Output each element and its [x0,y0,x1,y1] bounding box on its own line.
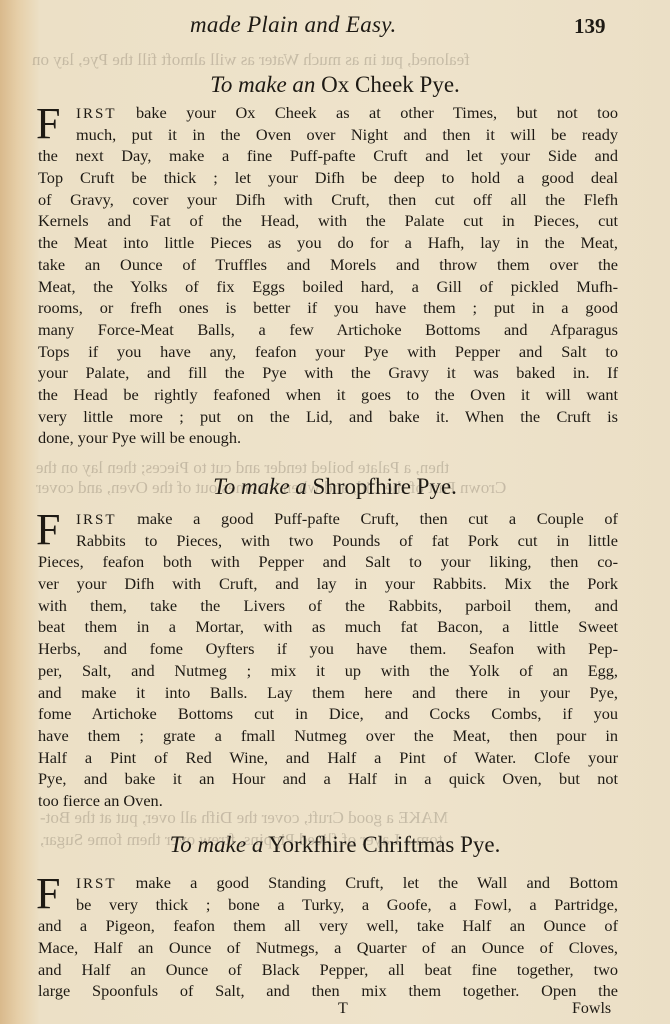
recipe-title-yorkshire: To make a Yorkfhire Chriftmas Pye. [0,832,670,858]
text-line: IRST make a good Standing Cruft, let the… [38,872,618,894]
text-line: Tops if you have any, feafon your Pye wi… [38,341,618,363]
text-line: Mace, Half an Ounce of Nutmegs, a Quarte… [38,937,618,959]
drop-cap: F [36,104,60,144]
text-line: the Meat into little Pieces as you do fo… [38,232,618,254]
text-line: be very thick ; bone a Turky, a Goofe, a… [38,894,618,916]
title-italic: To make an [210,72,315,97]
recipe-title-shropshire: To make a Shropfhire Pye. [0,474,670,500]
page-number: 139 [574,14,606,39]
signature-mark: T [338,1000,348,1018]
lead-smallcaps: IRST [76,106,117,122]
title-roman: Ox Cheek Pye. [321,72,460,97]
text-line: and a Pigeon, feafon them all very well,… [38,915,618,937]
text-line: the Head be rightly feafoned when it goe… [38,384,618,406]
text-line: Half a Pint of Red Wine, and Half a Pint… [38,747,618,769]
text-line: Meat, the Yolks of fix Eggs boiled hard,… [38,276,618,298]
text-line: very little more ; put on the Lid, and b… [38,406,618,428]
recipe-body-ox-cheek: F IRST bake your Ox Cheek as at other Ti… [38,102,618,449]
text-line: per, Salt, and Nutmeg ; mix it up with t… [38,660,618,682]
text-line: beat them in a Mortar, with as much fat … [38,616,618,638]
book-page: made Plain and Easy. 139 fealoned, put i… [0,0,670,1024]
bleed-through-text: fealoned, put in as much Water as will a… [32,50,470,70]
text-line: rooms, or frefh ones is better if you ha… [38,297,618,319]
text-line: your Palate, and fill the Pye with the G… [38,362,618,384]
lead-smallcaps: IRST [76,512,117,528]
text-line: large Spoonfuls of Salt, and then mix th… [38,980,618,1002]
recipe-title-ox-cheek: To make an Ox Cheek Pye. [0,72,670,98]
text-line: IRST make a good Puff-pafte Cruft, then … [38,508,618,530]
text-line: ver your Difh with Cruft, and lay in you… [38,573,618,595]
text-span: make a good Standing Cruft, let the Wall… [136,873,618,892]
text-line: done, your Pye will be enough. [38,427,618,449]
title-italic: To make a [213,474,307,499]
text-line: Herbs, and fome Oyfters if you have them… [38,638,618,660]
text-line: Top Cruft be thick ; let your Difh be de… [38,167,618,189]
lead-smallcaps: IRST [76,876,117,892]
text-line: and Half an Ounce of Black Pepper, all b… [38,959,618,981]
text-line: Kernels and Fat of the Head, with the Pa… [38,210,618,232]
text-line: Pye, and bake it an Hour and a Half in a… [38,768,618,790]
text-line: with them, take the Livers of the Rabbit… [38,595,618,617]
text-line: of Gravy, cover your Difh with Cruft, th… [38,189,618,211]
title-roman: Yorkfhire Chriftmas Pye. [268,832,500,857]
text-line: much, put it in the Oven over Night and … [38,124,618,146]
text-span: bake your Ox Cheek as at other Times, bu… [136,103,618,122]
text-line: too fierce an Oven. [38,790,618,812]
text-line: fome Artichoke Bottoms cut in Dice, and … [38,703,618,725]
text-line: have them ; grate a fmall Nutmeg over th… [38,725,618,747]
text-line: Pieces, feafon both with Pepper and Salt… [38,551,618,573]
text-line: take an Ounce of Truffles and Morels and… [38,254,618,276]
text-line: the next Day, make a fine Puff-pafte Cru… [38,145,618,167]
drop-cap: F [36,510,60,550]
text-line: IRST bake your Ox Cheek as at other Time… [38,102,618,124]
title-roman: Shropfhire Pye. [313,474,457,499]
text-span: make a good Puff-pafte Cruft, then cut a… [137,509,618,528]
text-line: many Force-Meat Balls, a few Artichoke B… [38,319,618,341]
text-line: Rabbits to Pieces, with two Pounds of fa… [38,530,618,552]
title-italic: To make a [170,832,264,857]
recipe-body-yorkshire: F IRST make a good Standing Cruft, let t… [38,872,618,1002]
drop-cap: F [36,874,60,914]
running-head: made Plain and Easy. 139 [0,12,670,42]
text-line: and make it into Balls. Lay them here an… [38,682,618,704]
catchword: Fowls [572,1000,611,1018]
running-title: made Plain and Easy. [190,12,397,38]
recipe-body-shropshire: F IRST make a good Puff-pafte Cruft, the… [38,508,618,812]
